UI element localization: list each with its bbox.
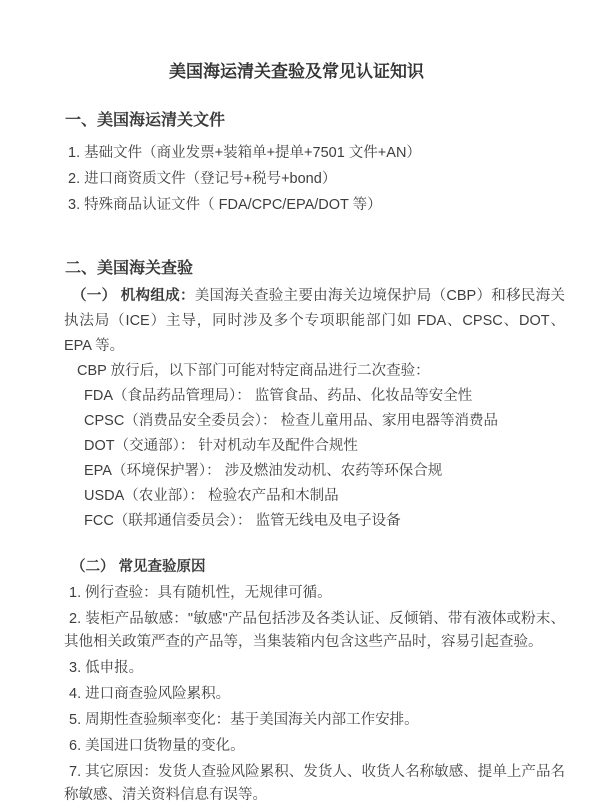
- org-paragraph: （一） 机构组成：美国海关查验主要由海关边境保护局（CBP）和移民海关执法局（I…: [64, 284, 565, 359]
- reason-item-sensitive-products: 2. 装柜产品敏感："敏感"产品包括涉及各类认证、反倾销、带有液体或粉末、其他相…: [64, 608, 565, 654]
- section2-heading: 二、美国海关查验: [65, 258, 565, 280]
- reason-item-periodic-frequency: 5. 周期性查验频率变化：基于美国海关内部工作安排。: [64, 709, 565, 732]
- secondary-inspection-intro: CBP 放行后，以下部门可能对特定商品进行二次查验：: [77, 359, 565, 384]
- document-page: 美国海运清关查验及常见认证知识 一、美国海运清关文件 1. 基础文件（商业发票+…: [0, 0, 593, 810]
- agency-item-dot: DOT（交通部）： 针对机动车及配件合规性: [84, 434, 565, 459]
- reasons-heading: （二） 常见查验原因: [71, 556, 565, 578]
- reason-item-routine: 1. 例行查验：具有随机性，无规律可循。: [64, 582, 565, 605]
- reasons-list: 1. 例行查验：具有随机性，无规律可循。 2. 装柜产品敏感："敏感"产品包括涉…: [64, 582, 565, 807]
- agency-item-fda: FDA（食品药品管理局）： 监管食品、药品、化妆品等安全性: [84, 384, 565, 409]
- document-title: 美国海运清关查验及常见认证知识: [0, 60, 593, 84]
- reason-item-importer-risk: 4. 进口商查验风险累积。: [64, 683, 565, 706]
- list-item-importer-docs: 2. 进口商资质文件（登记号+税号+bond）: [68, 166, 565, 192]
- agency-item-usda: USDA（农业部）： 检验农产品和木制品: [84, 484, 565, 509]
- agency-item-fcc: FCC（联邦通信委员会）： 监管无线电及电子设备: [84, 509, 565, 534]
- reason-item-import-volume: 6. 美国进口货物量的变化。: [64, 735, 565, 758]
- reason-item-other: 7. 其它原因：发货人查验风险累积、发货人、收货人名称敏感、提单上产品名称敏感、…: [64, 761, 565, 807]
- agency-item-cpsc: CPSC（消费品安全委员会）： 检查儿童用品、家用电器等消费品: [84, 409, 565, 434]
- list-item-basic-docs: 1. 基础文件（商业发票+装箱单+提单+7501 文件+AN）: [68, 140, 565, 166]
- org-label: （一） 机构组成：: [72, 288, 195, 304]
- list-item-special-certs: 3. 特殊商品认证文件（ FDA/CPC/EPA/DOT 等）: [68, 192, 565, 218]
- section1-heading: 一、美国海运清关文件: [65, 110, 565, 132]
- agency-item-epa: EPA（环境保护署）： 涉及燃油发动机、农药等环保合规: [84, 459, 565, 484]
- section1-list: 1. 基础文件（商业发票+装箱单+提单+7501 文件+AN） 2. 进口商资质…: [68, 140, 565, 218]
- agency-list: FDA（食品药品管理局）： 监管食品、药品、化妆品等安全性 CPSC（消费品安全…: [64, 384, 565, 534]
- reason-item-low-declaration: 3. 低申报。: [64, 657, 565, 680]
